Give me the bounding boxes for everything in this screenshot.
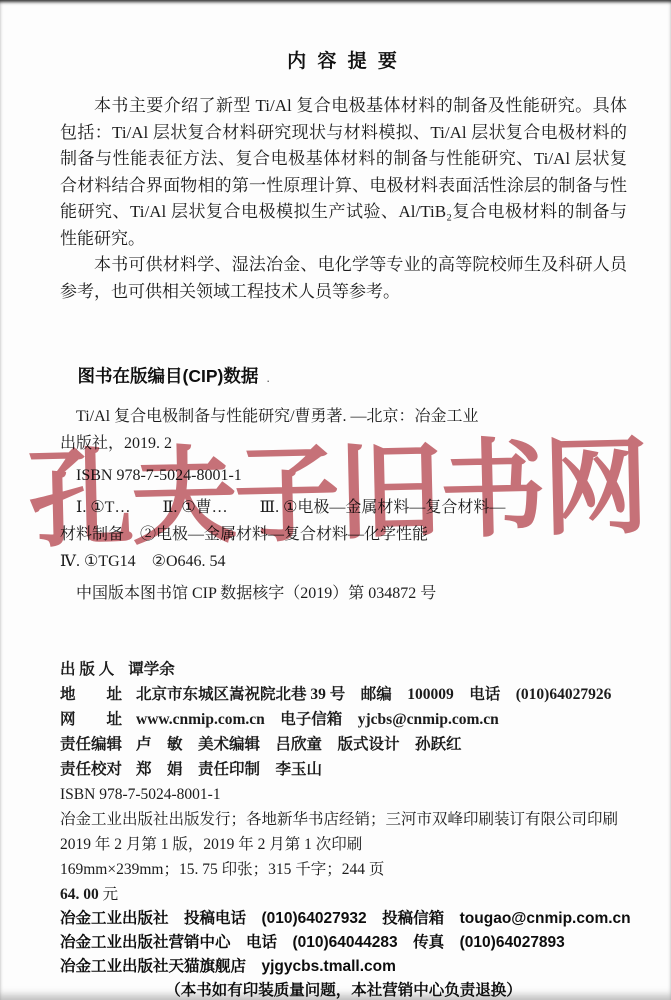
cip-class-line-1: Ⅰ. ①T… Ⅱ. ①曹… Ⅲ. ①电极—金属材料—复合材料— bbox=[60, 494, 627, 521]
colophon-label: 网 址 bbox=[60, 707, 122, 732]
colophon-isbn: ISBN 978-7-5024-8001-1 bbox=[60, 782, 627, 807]
quality-notice: （本书如有印装质量问题，本社营销中心负责退换） bbox=[60, 979, 627, 1000]
page-content: 内 容 提 要 本书主要介绍了新型 Ti/Al 复合电极基体材料的制备及性能研究… bbox=[0, 0, 671, 1000]
colophon-section: 出 版 人 谭学余 地 址 北京市东城区嵩祝院北巷 39 号 邮编 100009… bbox=[60, 657, 627, 907]
colophon-row-proofreader: 责任校对 郑 娟 责任印制 李玉山 bbox=[60, 757, 627, 782]
colophon-value: 北京市东城区嵩祝院北巷 39 号 邮编 100009 电话 (010)64027… bbox=[136, 682, 611, 707]
contact-section: 冶金工业出版社 投稿电话 (010)64027932 投稿信箱 tougao@c… bbox=[60, 907, 627, 1000]
colophon-price: 64. 00 元 bbox=[60, 882, 627, 907]
colophon-value: 郑 娟 责任印制 李玉山 bbox=[136, 757, 322, 782]
contact-line-submission: 冶金工业出版社 投稿电话 (010)64027932 投稿信箱 tougao@c… bbox=[60, 907, 627, 931]
colophon-value: 谭学余 bbox=[128, 657, 175, 682]
cip-heading-text: 图书在版编目(CIP)数据 bbox=[78, 366, 259, 386]
contact-line-tmall: 冶金工业出版社天猫旗舰店 yjgycbs.tmall.com bbox=[60, 955, 627, 979]
price-unit: 元 bbox=[103, 886, 119, 903]
cip-section: 图书在版编目(CIP)数据. Ti/Al 复合电极制备与性能研究/曹勇著. —北… bbox=[60, 363, 627, 607]
price-value: 64. 00 bbox=[60, 886, 99, 903]
colophon-value: www.cnmip.com.cn 电子信箱 yjcbs@cnmip.com.cn bbox=[136, 707, 499, 732]
colophon-value: 卢 敏 美术编辑 吕欣童 版式设计 孙跃红 bbox=[136, 732, 462, 757]
contact-line-marketing: 冶金工业出版社营销中心 电话 (010)64044283 传真 (010)640… bbox=[60, 931, 627, 955]
colophon-format: 169mm×239mm；15. 75 印张；315 千字；244 页 bbox=[60, 857, 627, 882]
cip-class-line-3: Ⅳ. ①TG14 ②O646. 54 bbox=[60, 548, 627, 575]
book-copyright-page: 内 容 提 要 本书主要介绍了新型 Ti/Al 复合电极基体材料的制备及性能研究… bbox=[0, 0, 671, 1000]
cip-record-number: 中国版本图书馆 CIP 数据核字（2019）第 034872 号 bbox=[60, 580, 627, 607]
cip-class-line-2: 材料制备 ②电极—金属材料—复合材料—化学性能 bbox=[60, 521, 627, 548]
colophon-label: 出 版 人 bbox=[60, 657, 114, 682]
scan-dot-artifact: . bbox=[266, 370, 270, 385]
summary-heading: 内 容 提 要 bbox=[60, 46, 627, 73]
colophon-edition: 2019 年 2 月第 1 版，2019 年 2 月第 1 次印刷 bbox=[60, 832, 627, 857]
cip-isbn: ISBN 978-7-5024-8001-1 bbox=[60, 462, 627, 489]
colophon-printing: 冶金工业出版社出版发行；各地新华书店经销；三河市双峰印刷装订有限公司印刷 bbox=[60, 807, 627, 832]
colophon-row-address: 地 址 北京市东城区嵩祝院北巷 39 号 邮编 100009 电话 (010)6… bbox=[60, 682, 627, 707]
colophon-label: 责任编辑 bbox=[60, 732, 122, 757]
colophon-row-website: 网 址 www.cnmip.com.cn 电子信箱 yjcbs@cnmip.co… bbox=[60, 707, 627, 732]
summary-paragraph-1: 本书主要介绍了新型 Ti/Al 复合电极基体材料的制备及性能研究。具体包括：Ti… bbox=[60, 93, 627, 252]
colophon-label: 地 址 bbox=[60, 682, 122, 707]
cip-title-line-1: Ti/Al 复合电极制备与性能研究/曹勇著. —北京：冶金工业 bbox=[60, 403, 627, 430]
summary-paragraph-2: 本书可供材料学、湿法冶金、电化学等专业的高等院校师生及科研人员参考，也可供相关领… bbox=[60, 252, 627, 305]
colophon-label: 责任校对 bbox=[60, 757, 122, 782]
cip-title-line-2: 出版社，2019. 2 bbox=[60, 430, 627, 457]
colophon-row-publisher: 出 版 人 谭学余 bbox=[60, 657, 627, 682]
cip-heading: 图书在版编目(CIP)数据. bbox=[60, 363, 627, 388]
colophon-row-editors: 责任编辑 卢 敏 美术编辑 吕欣童 版式设计 孙跃红 bbox=[60, 732, 627, 757]
